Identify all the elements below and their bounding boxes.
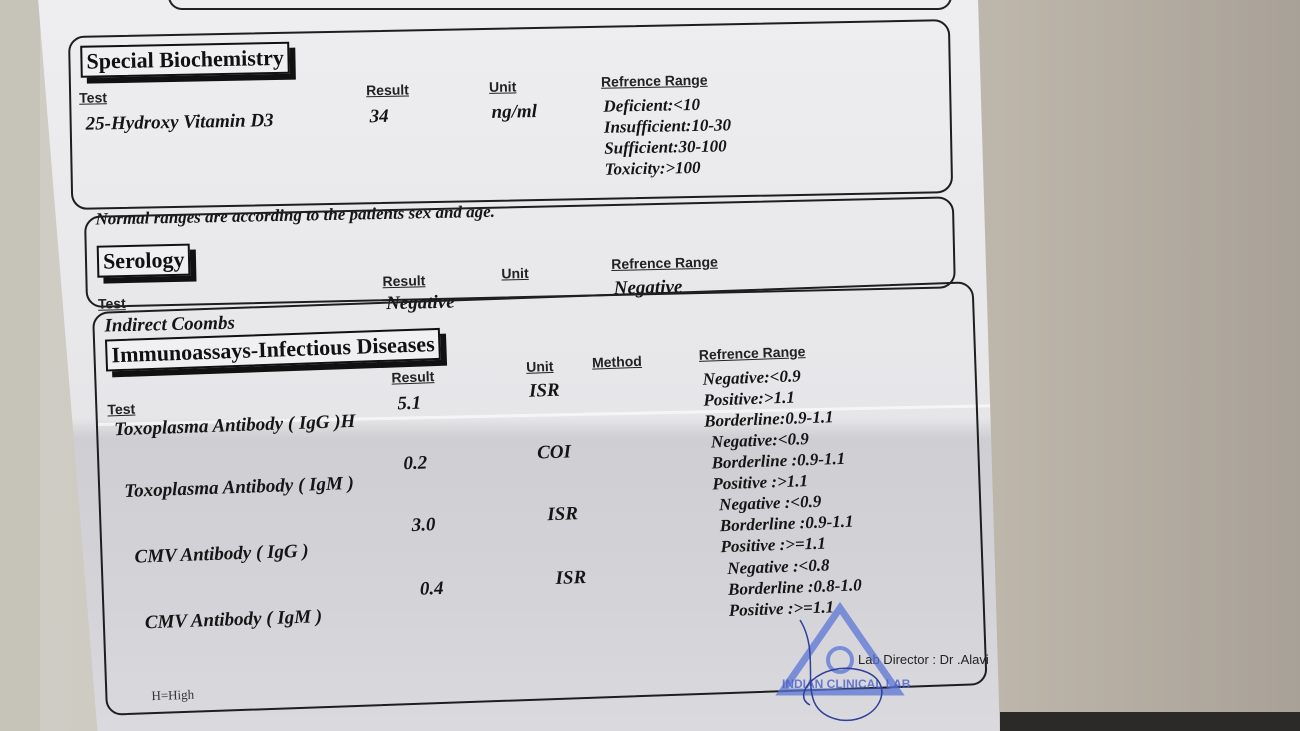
test-name: 25-Hydroxy Vitamin D3 <box>85 110 273 136</box>
reference-line: Sufficient:30-100 <box>604 135 732 158</box>
header-reference-range: Refrence Range <box>611 254 718 272</box>
test-result: 0.4 <box>420 578 445 601</box>
header-test: Test <box>98 295 126 312</box>
background-wall <box>0 0 40 731</box>
header-unit: Unit <box>526 358 554 375</box>
high-flag-legend: H=High <box>151 687 194 704</box>
background-floor <box>1000 712 1300 731</box>
section-title: Special Biochemistry <box>80 42 290 78</box>
test-unit: ISR <box>547 503 578 526</box>
test-result: 5.1 <box>397 393 422 416</box>
test-result: 34 <box>369 106 388 128</box>
header-test: Test <box>107 401 135 418</box>
header-method: Method <box>592 353 642 371</box>
test-unit: COI <box>537 441 572 464</box>
header-unit: Unit <box>489 78 517 95</box>
reference-range-list: Negative:<0.9 Borderline :0.9-1.1 Positi… <box>711 427 847 495</box>
test-result: 3.0 <box>411 514 436 537</box>
test-unit: ISR <box>529 380 560 403</box>
test-name: CMV Antibody ( IgM ) <box>145 606 323 634</box>
reference-line: Toxicity:>100 <box>604 156 732 179</box>
test-result: 0.2 <box>403 452 428 475</box>
header-result: Result <box>366 81 409 98</box>
reference-line: Deficient:<10 <box>603 93 731 116</box>
header-unit: Unit <box>501 265 529 282</box>
header-test: Test <box>79 89 107 106</box>
reference-range-list: Negative :<0.9 Borderline :0.9-1.1 Posit… <box>719 490 855 558</box>
reference-range-list: Deficient:<10 Insufficient:10-30 Suffici… <box>603 93 732 179</box>
stamp-text: INDIAN CLINICAL LABORATORY <box>782 677 910 691</box>
test-unit: ng/ml <box>491 101 537 124</box>
test-name: CMV Antibody ( IgG ) <box>134 541 309 569</box>
test-unit: ISR <box>555 567 586 590</box>
header-reference-range: Refrence Range <box>601 72 708 90</box>
reference-range-list: Negative:<0.9 Positive:>1.1 Borderline:0… <box>702 364 834 431</box>
lab-stamp-icon: INDIAN CLINICAL LABORATORY <box>770 600 910 731</box>
test-name: Toxoplasma Antibody ( IgM ) <box>124 473 354 503</box>
test-name: Toxoplasma Antibody ( IgG )H <box>114 411 356 441</box>
header-result: Result <box>391 368 434 385</box>
section-special-biochemistry: Special Biochemistry Test Result Unit Re… <box>68 19 953 210</box>
section-title: Serology <box>97 244 191 278</box>
header-reference-range: Refrence Range <box>699 343 806 363</box>
previous-section-frame <box>168 0 952 10</box>
reference-line: Insufficient:10-30 <box>604 114 732 137</box>
header-result: Result <box>382 272 425 289</box>
section-title: Immunoassays-Infectious Diseases <box>105 328 441 372</box>
